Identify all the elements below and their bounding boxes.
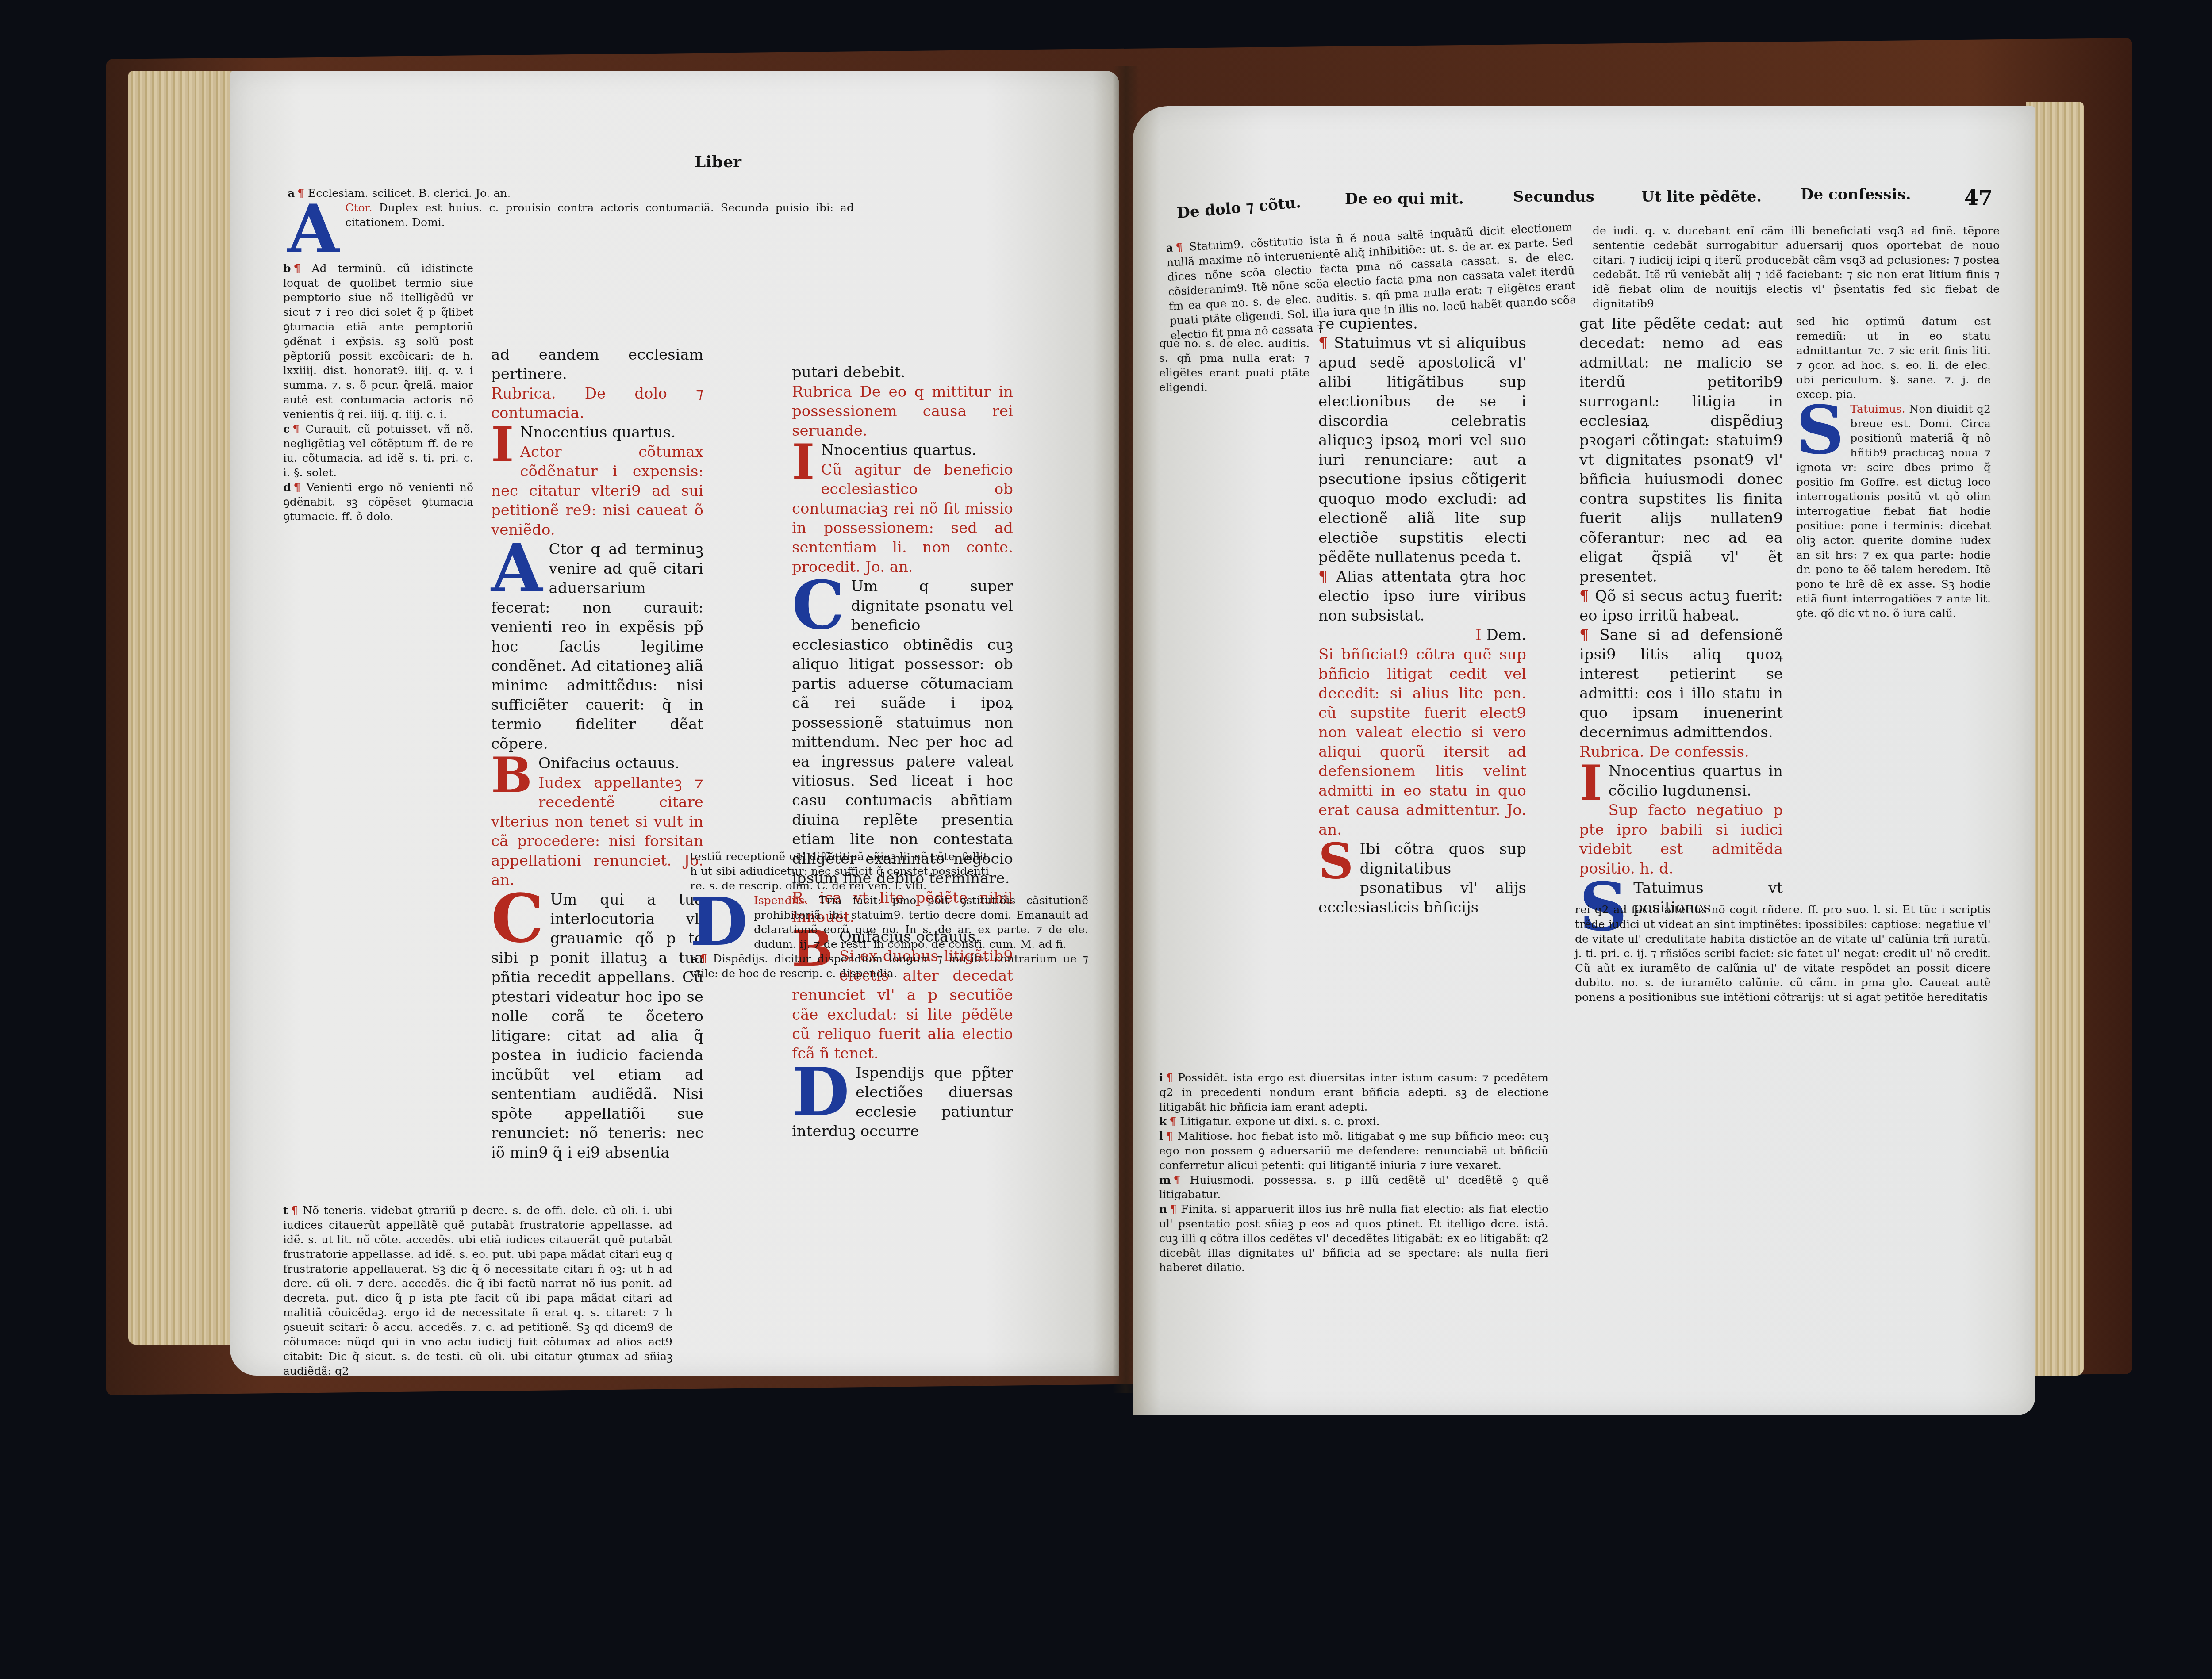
paragraph-mark-icon: ¶ — [1175, 241, 1183, 254]
right-page: De dolo ⁊ cõtu. De eo qui mit. Secundus … — [1133, 106, 2035, 1415]
blue-initial-D: D — [792, 1064, 849, 1121]
red-initial-S: S — [1318, 840, 1353, 882]
paragraph-mark-icon: ¶ — [293, 481, 300, 494]
red-initial: I — [792, 441, 814, 483]
red-initial-C: C — [491, 891, 544, 947]
right-page-textus-col2: gat lite pẽdẽte cedat: aut decedat: nemo… — [1579, 314, 1783, 936]
paragraph-mark-icon: ¶ — [1166, 1130, 1173, 1142]
rubric-summary: Sup facto negatiuo p pte ipro babili si … — [1579, 801, 1783, 878]
left-page-textus-col2: putari debebit. Rubrica De eo q mittitur… — [792, 363, 1013, 1141]
gloss-entry: a¶ Ecclesiam. scilicet. B. clerici. Jo. … — [288, 186, 854, 200]
running-head-5: De confessis. — [1801, 186, 1911, 203]
paragraph-mark-icon: ¶ — [297, 187, 304, 199]
red-initial: I — [1475, 626, 1481, 644]
right-page-gloss-right-column: sed hic optimũ datum est remediũ: ut in … — [1796, 314, 1991, 621]
paragraph-mark-icon: ¶ — [1579, 587, 1589, 605]
gloss-continuation: que no. s. de elec. auditis. s. qñ pma n… — [1159, 336, 1310, 395]
paragraph-mark-icon: ¶ — [1169, 1115, 1176, 1128]
blue-initial-C: C — [792, 578, 845, 634]
blue-initial-D: D — [690, 894, 748, 951]
running-head-4: Ut lite pẽdẽte. — [1641, 188, 1762, 206]
paragraph-mark-icon: ¶ — [1173, 1173, 1180, 1186]
gloss-entry: c¶ Curauit. cũ potuisset. vñ nõ. negligẽ… — [283, 422, 473, 480]
left-page: Liber a¶ Ecclesiam. scilicet. B. clerici… — [230, 71, 1119, 1376]
rubric-heading: Rubrica. De dolo ⁊ contumacia. — [491, 384, 703, 423]
blue-initial-S: S — [1796, 402, 1844, 459]
paragraph-mark-icon: ¶ — [1318, 568, 1328, 586]
right-page-gloss-top-right: de iudi. q. v. ducebant enĩ cãm illi ben… — [1593, 223, 2000, 311]
paragraph-mark-icon: ¶ — [1170, 1203, 1177, 1215]
paragraph-mark-icon: ¶ — [293, 262, 300, 275]
rubric-summary: Cũ agitur de beneficio ecclesiastico ob … — [792, 460, 1013, 577]
paragraph-mark-icon: ¶ — [700, 952, 707, 965]
note-marker: a — [288, 187, 295, 199]
left-page-gloss-bottom-right: testiũ receptionẽ uel diffinitiuã sñiaꝫ … — [690, 849, 1088, 981]
red-initial: B — [491, 755, 532, 796]
right-page-gloss-bottom-right: rei q2 ad factũ alterius nõ cogit rñdere… — [1575, 902, 1991, 1004]
gloss-entry: b¶ Ad terminũ. cũ idistincte loquat de q… — [283, 261, 473, 422]
blue-initial-A: A — [288, 201, 339, 258]
rubric-summary: Si bñficiat9 cõtra quẽ sup bñficio litig… — [1318, 645, 1526, 839]
left-page-textus-col1: ad eandem ecclesiam pertinere. Rubrica. … — [491, 345, 703, 1162]
left-fore-edge — [128, 71, 234, 1345]
red-initial: I — [1579, 763, 1602, 804]
gloss-entry: ACtor. Duplex est huius. c. prouisio con… — [288, 200, 854, 230]
paragraph-mark-icon: ¶ — [1579, 626, 1589, 644]
running-head-left: Liber — [695, 153, 741, 171]
left-page-gloss-bottom-left: t¶ Nõ teneris. videbat ꝯtrariũ p decre. … — [283, 1203, 672, 1376]
folio-number: 47 — [1964, 186, 1993, 210]
gloss-entry: t¶ Nõ teneris. videbat ꝯtrariũ p decre. … — [283, 1203, 672, 1376]
running-head-3: Secundus — [1513, 188, 1594, 206]
left-page-gloss-narrow: b¶ Ad terminũ. cũ idistincte loquat de q… — [283, 261, 473, 524]
paragraph-mark-icon: ¶ — [1166, 1071, 1173, 1084]
left-page-gloss-column: a¶ Ecclesiam. scilicet. B. clerici. Jo. … — [288, 186, 854, 258]
gloss-entry: d¶ Venienti ergo nõ venienti nõ ꝯdẽnabit… — [283, 480, 473, 524]
paragraph-mark-icon: ¶ — [292, 422, 300, 435]
blue-initial-A: A — [491, 540, 542, 597]
running-head-1: De dolo ⁊ cõtu. — [1176, 194, 1302, 222]
right-page-gloss-left-narrow: que no. s. de elec. auditis. s. qñ pma n… — [1159, 336, 1310, 395]
paragraph-mark-icon: ¶ — [291, 1204, 298, 1217]
rubric-summary: Actor cõtumax cõdẽnatur i expensis: nec … — [491, 442, 703, 540]
paragraph-mark-icon: ¶ — [1318, 334, 1328, 352]
rubric-heading: Rubrica De eo q mittitur in possessionem… — [792, 382, 1013, 441]
red-initial: I — [491, 424, 514, 465]
right-page-gloss-bottom: i¶ Possidẽt. ista ergo est diuersitas in… — [1159, 1070, 1548, 1275]
running-head-2: De eo qui mit. — [1345, 190, 1464, 208]
rubric-heading: Rubrica. De confessis. — [1579, 742, 1783, 762]
right-page-textus-col1: re cupientes. ¶ Statuimus vt si aliquibu… — [1318, 314, 1526, 917]
